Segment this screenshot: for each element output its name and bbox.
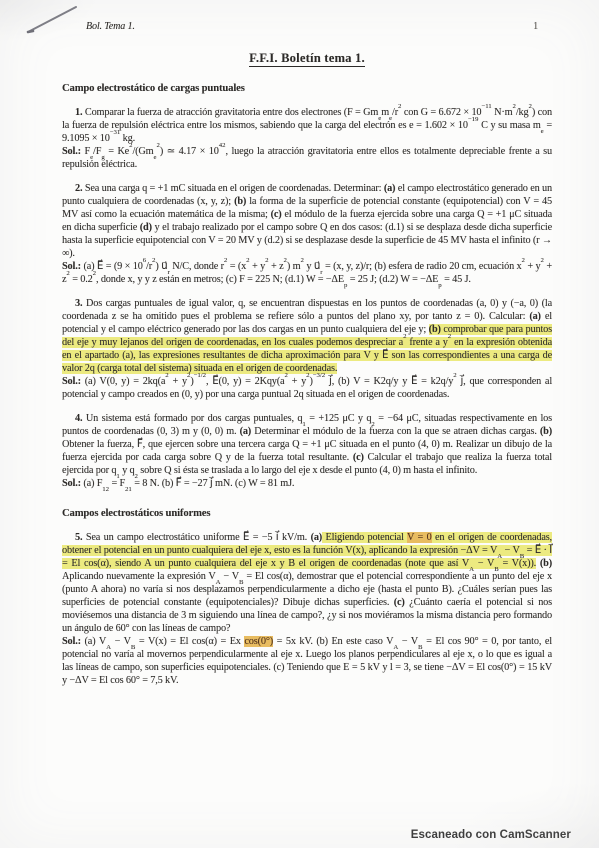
document-content: Bol. Tema 1. 1 F.F.I. Boletín tema 1. Ca…	[62, 20, 552, 687]
section-problems: 1. Comparar la fuerza de atracción gravi…	[62, 106, 552, 490]
problem-block: 3. Dos cargas puntuales de igual valor, …	[62, 297, 552, 401]
problem-solution: Sol.: Fe/Fg = Ke2/(Gme2) ≃ 4.17 × 1042, …	[62, 145, 552, 171]
problem-block: 4. Un sistema está formado por dos carga…	[62, 412, 552, 490]
section-heading: Campo electrostático de cargas puntuales	[62, 82, 552, 95]
problem-block: 2. Sea una carga q = +1 mC situada en el…	[62, 182, 552, 286]
problem-statement: 4. Un sistema está formado por dos carga…	[62, 412, 552, 477]
section-problems: 5. Sea un campo electrostático uniforme …	[62, 531, 552, 687]
problem-solution: Sol.: (a) E⃗ = (9 × 106/r2) u⃗r N/C, don…	[62, 260, 552, 286]
section-heading: Campos electrostáticos uniformes	[62, 507, 552, 520]
problem-statement: 2. Sea una carga q = +1 mC situada en el…	[62, 182, 552, 260]
problem-block: 5. Sea un campo electrostático uniforme …	[62, 531, 552, 687]
document-title-text: F.F.I. Boletín tema 1.	[249, 51, 365, 67]
document-title: F.F.I. Boletín tema 1.	[62, 52, 552, 65]
scanned-document-page: Bol. Tema 1. 1 F.F.I. Boletín tema 1. Ca…	[0, 0, 599, 848]
document-body: Campo electrostático de cargas puntuales…	[62, 82, 552, 687]
problem-solution: Sol.: (a) V(0, y) = 2kq(a2 + y2)−1/2, E⃗…	[62, 375, 552, 401]
problem-block: 1. Comparar la fuerza de atracción gravi…	[62, 106, 552, 171]
problem-statement: 1. Comparar la fuerza de atracción gravi…	[62, 106, 552, 145]
problem-solution: Sol.: (a) VA − VB = V(x) = El cos(α) = E…	[62, 635, 552, 687]
page-number: 1	[533, 20, 538, 33]
document-section: Campos electrostáticos uniformes 5. Sea …	[62, 507, 552, 687]
problem-statement: 5. Sea un campo electrostático uniforme …	[62, 531, 552, 635]
problem-statement: 3. Dos cargas puntuales de igual valor, …	[62, 297, 552, 375]
page-header: Bol. Tema 1. 1	[62, 20, 552, 33]
document-section: Campo electrostático de cargas puntuales…	[62, 82, 552, 490]
camscanner-watermark: Escaneado con CamScanner	[411, 829, 571, 841]
running-head: Bol. Tema 1.	[86, 20, 135, 33]
